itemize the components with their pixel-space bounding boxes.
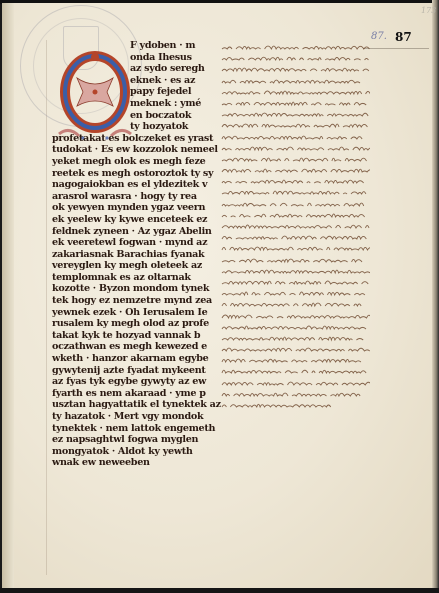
cursive-line — [220, 366, 370, 377]
text-line: arasrol warasra · hogy ty rea — [52, 191, 212, 203]
text-line: templomnak es az oltarnak — [52, 272, 212, 284]
text-line: feldnek zyneen · Az ygaz Abelin — [52, 226, 212, 238]
cursive-line — [220, 255, 370, 266]
text-line: reetek es megh ostoroztok ty sy — [52, 168, 212, 180]
text-line: ek yeelew ky kywe enceteek ez — [52, 214, 212, 226]
text-line: en boczatok — [52, 110, 212, 122]
cursive-line — [220, 400, 370, 411]
cursive-line — [220, 98, 370, 109]
cursive-line — [220, 176, 370, 187]
text-line: papy fejedel — [52, 86, 212, 98]
cursive-line — [220, 76, 370, 87]
text-line: yeket megh olok es megh feze — [52, 156, 212, 168]
text-line: profetakat es bolczeket es yrast — [52, 133, 212, 145]
cursive-line — [220, 266, 370, 277]
cursive-line — [220, 199, 370, 210]
text-line: mongyatok · Aldot ky yewth — [52, 446, 212, 458]
text-line: oczathwan es megh kewezed e — [52, 341, 212, 353]
text-line: fyarth es nem akaraad · yme p — [52, 388, 212, 400]
text-line: rusalem ky megh olod az profe — [52, 318, 212, 330]
cursive-line — [220, 288, 370, 299]
text-line: ek veeretewl fogwan · mynd az — [52, 237, 212, 249]
text-line: eknek · es az — [52, 75, 212, 87]
cursive-line — [220, 109, 370, 120]
cursive-line — [220, 53, 370, 64]
text-line: kozotte · Byzon mondom tynek — [52, 283, 212, 295]
cursive-line — [220, 378, 370, 389]
text-line: zakariasnak Barachias fyanak — [52, 249, 212, 261]
cursive-line — [220, 143, 370, 154]
text-line: ty hazatok · Mert vgy mondok — [52, 411, 212, 423]
cursive-line — [220, 221, 370, 232]
cursive-line — [220, 277, 370, 288]
text-line: wketh · hanzor akarnam egybe — [52, 353, 212, 365]
cursive-line — [220, 389, 370, 400]
stamped-folio-number: 87 — [395, 30, 412, 44]
cursive-line — [220, 132, 370, 143]
text-line: takat kyk te hozyad vannak b — [52, 330, 212, 342]
scan-right-edge — [432, 0, 439, 593]
text-line: wnak ew neweeben — [52, 457, 212, 469]
main-text-column: F ydoben · m onda Ihesus az sydo seregh … — [52, 40, 212, 469]
text-line: ez napsaghtwl fogwa myglen — [52, 434, 212, 446]
cursive-line — [220, 322, 370, 333]
cursive-line — [220, 42, 370, 53]
cursive-line — [220, 187, 370, 198]
cursive-line — [220, 311, 370, 322]
text-line: tynektek · nem lattok engemeth — [52, 423, 212, 435]
cursive-line — [220, 120, 370, 131]
text-line: usztan hagyattatik el tynektek az — [52, 399, 212, 411]
ruling-line — [46, 40, 47, 575]
cursive-line — [220, 87, 370, 98]
text-line: tudokat · Es ew kozzolok nemeel — [52, 144, 212, 156]
text-line: F ydoben · m — [52, 40, 212, 52]
text-line: tek hogy ez nemzetre mynd zea — [52, 295, 212, 307]
cursive-line — [220, 243, 370, 254]
binding-gutter — [2, 3, 14, 588]
cursive-text-column — [220, 42, 370, 411]
cursive-line — [220, 165, 370, 176]
text-line: ty hozyatok — [52, 121, 212, 133]
text-line: yewnek ezek · Oh Ierusalem Ie — [52, 307, 212, 319]
folio-rule — [363, 48, 429, 49]
cursive-line — [220, 154, 370, 165]
cursive-line — [220, 355, 370, 366]
text-line: az sydo seregh — [52, 63, 212, 75]
cursive-line — [220, 210, 370, 221]
cursive-line — [220, 299, 370, 310]
text-line: vereyglen ky megh oleteek az — [52, 260, 212, 272]
cursive-line — [220, 344, 370, 355]
text-line: gywytenij azte fyadat mykeent — [52, 365, 212, 377]
cursive-line — [220, 232, 370, 243]
cursive-line — [220, 64, 370, 75]
text-line: ok yewyen mynden ygaz veern — [52, 202, 212, 214]
text-line: nagogaiokban es el yldezitek v — [52, 179, 212, 191]
cursive-line — [220, 333, 370, 344]
pencil-folio-number: 87. — [371, 31, 387, 42]
faint-folio-number: 173 — [421, 6, 436, 15]
text-line: onda Ihesus — [52, 52, 212, 64]
text-line: meknek : ymé — [52, 98, 212, 110]
text-line: az fyas tyk egybe gywyty az ew — [52, 376, 212, 388]
scan-bottom-edge — [0, 588, 439, 593]
